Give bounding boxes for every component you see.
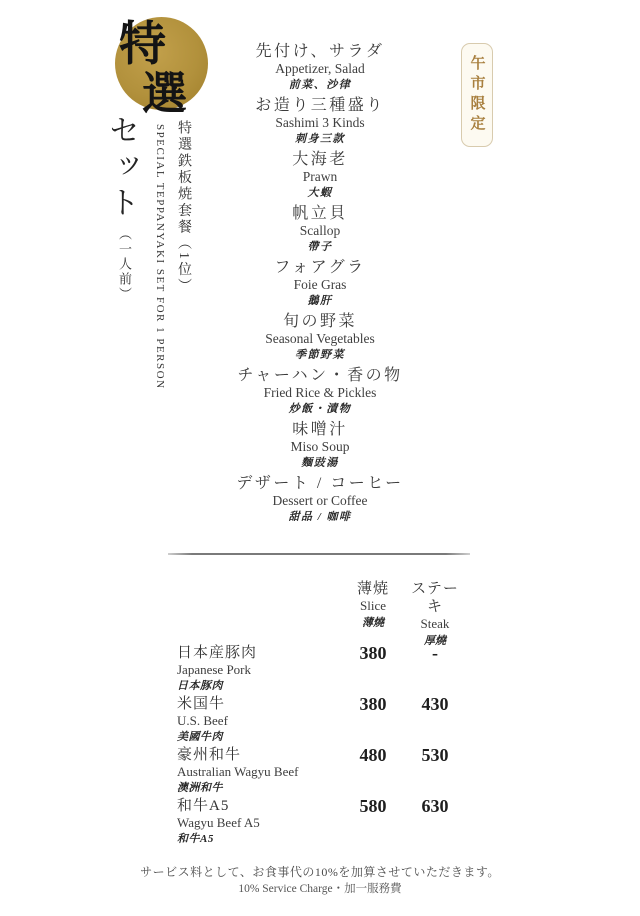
course-name-cn: 季節野菜: [120, 349, 520, 362]
column-header-steak: ステーキ Steak 厚燒: [404, 580, 466, 648]
course-name-jp: 帆立貝: [120, 204, 520, 223]
price-steak: -: [404, 643, 466, 664]
course-item: 大海老 Prawn 大蝦: [120, 150, 520, 204]
course-item: 旬の野菜 Seasonal Vegetables 季節野菜: [120, 312, 520, 366]
table-row: 米国牛 U.S. Beef 美國牛肉 380 430: [177, 696, 473, 747]
table-row: 和牛A5 Wagyu Beef A5 和牛A5 580 630: [177, 798, 473, 849]
item-name-cn: 和牛A5: [177, 833, 473, 846]
price-slice: 480: [342, 745, 404, 766]
table-row: 豪州和牛 Australian Wagyu Beef 澳洲和牛 480 530: [177, 747, 473, 798]
course-name-cn: 帶子: [120, 241, 520, 254]
column-header-jp: 薄焼: [342, 580, 404, 598]
price-steak: 430: [404, 694, 466, 715]
column-header-en: Steak: [404, 616, 466, 631]
course-item: 味噌汁 Miso Soup 麵豉湯: [120, 420, 520, 474]
course-item: 先付け、サラダ Appetizer, Salad 前菜、沙律: [120, 42, 520, 96]
item-name-en: Wagyu Beef A5: [177, 815, 473, 830]
course-item: デザート / コーヒー Dessert or Coffee 甜品 / 咖啡: [120, 474, 520, 528]
course-name-cn: 炒飯・漬物: [120, 403, 520, 416]
service-charge-jp: サービス料として、お食事代の10%を加算させていただきます。: [0, 864, 640, 881]
course-name-en: Prawn: [120, 169, 520, 184]
course-name-en: Sashimi 3 Kinds: [120, 115, 520, 130]
course-list: 先付け、サラダ Appetizer, Salad 前菜、沙律 お造り三種盛り S…: [120, 42, 520, 528]
column-header-en: Slice: [342, 598, 404, 613]
price-table-header: 薄焼 Slice 薄燒 ステーキ Steak 厚燒: [177, 580, 473, 645]
course-item: お造り三種盛り Sashimi 3 Kinds 刺身三款: [120, 96, 520, 150]
price-slice: 580: [342, 796, 404, 817]
course-name-en: Dessert or Coffee: [120, 493, 520, 508]
course-name-jp: お造り三種盛り: [120, 96, 520, 115]
course-name-cn: 前菜、沙律: [120, 79, 520, 92]
course-name-jp: 旬の野菜: [120, 312, 520, 331]
course-name-en: Appetizer, Salad: [120, 61, 520, 76]
price-table: 薄焼 Slice 薄燒 ステーキ Steak 厚燒 日本産豚肉 Japanese…: [177, 580, 473, 849]
price-steak: 530: [404, 745, 466, 766]
course-name-en: Miso Soup: [120, 439, 520, 454]
item-name-en: Australian Wagyu Beef: [177, 764, 473, 779]
course-item: フォアグラ Foie Gras 鵝肝: [120, 258, 520, 312]
course-name-en: Seasonal Vegetables: [120, 331, 520, 346]
column-header-jp: ステーキ: [404, 580, 466, 616]
course-name-cn: 鵝肝: [120, 295, 520, 308]
item-name-cn: 日本豚肉: [177, 680, 473, 693]
column-header-slice: 薄焼 Slice 薄燒: [342, 580, 404, 630]
item-name-cn: 美國牛肉: [177, 731, 473, 744]
item-name-en: Japanese Pork: [177, 662, 473, 677]
course-name-cn: 刺身三款: [120, 133, 520, 146]
course-name-jp: 味噌汁: [120, 420, 520, 439]
course-name-jp: 大海老: [120, 150, 520, 169]
course-item: チャーハン・香の物 Fried Rice & Pickles 炒飯・漬物: [120, 366, 520, 420]
price-steak: 630: [404, 796, 466, 817]
item-name-en: U.S. Beef: [177, 713, 473, 728]
service-charge-note: サービス料として、お食事代の10%を加算させていただきます。 10% Servi…: [0, 864, 640, 897]
price-slice: 380: [342, 643, 404, 664]
course-name-cn: 大蝦: [120, 187, 520, 200]
course-name-jp: フォアグラ: [120, 258, 520, 277]
table-row: 日本産豚肉 Japanese Pork 日本豚肉 380 -: [177, 645, 473, 696]
price-slice: 380: [342, 694, 404, 715]
course-name-cn: 麵豉湯: [120, 457, 520, 470]
course-name-en: Fried Rice & Pickles: [120, 385, 520, 400]
course-name-jp: チャーハン・香の物: [120, 366, 520, 385]
course-name-en: Foie Gras: [120, 277, 520, 292]
course-item: 帆立貝 Scallop 帶子: [120, 204, 520, 258]
menu-page: 特 選 セット （一人前） SPECIAL TEPPANYAKI SET FOR…: [0, 0, 640, 916]
column-header-cn: 薄燒: [342, 617, 404, 630]
course-name-jp: デザート / コーヒー: [120, 474, 520, 493]
course-name-jp: 先付け、サラダ: [120, 42, 520, 61]
service-charge-en-cn: 10% Service Charge・加一服務費: [0, 881, 640, 897]
divider-line: [168, 553, 470, 555]
course-name-cn: 甜品 / 咖啡: [120, 511, 520, 524]
course-name-en: Scallop: [120, 223, 520, 238]
item-name-cn: 澳洲和牛: [177, 782, 473, 795]
